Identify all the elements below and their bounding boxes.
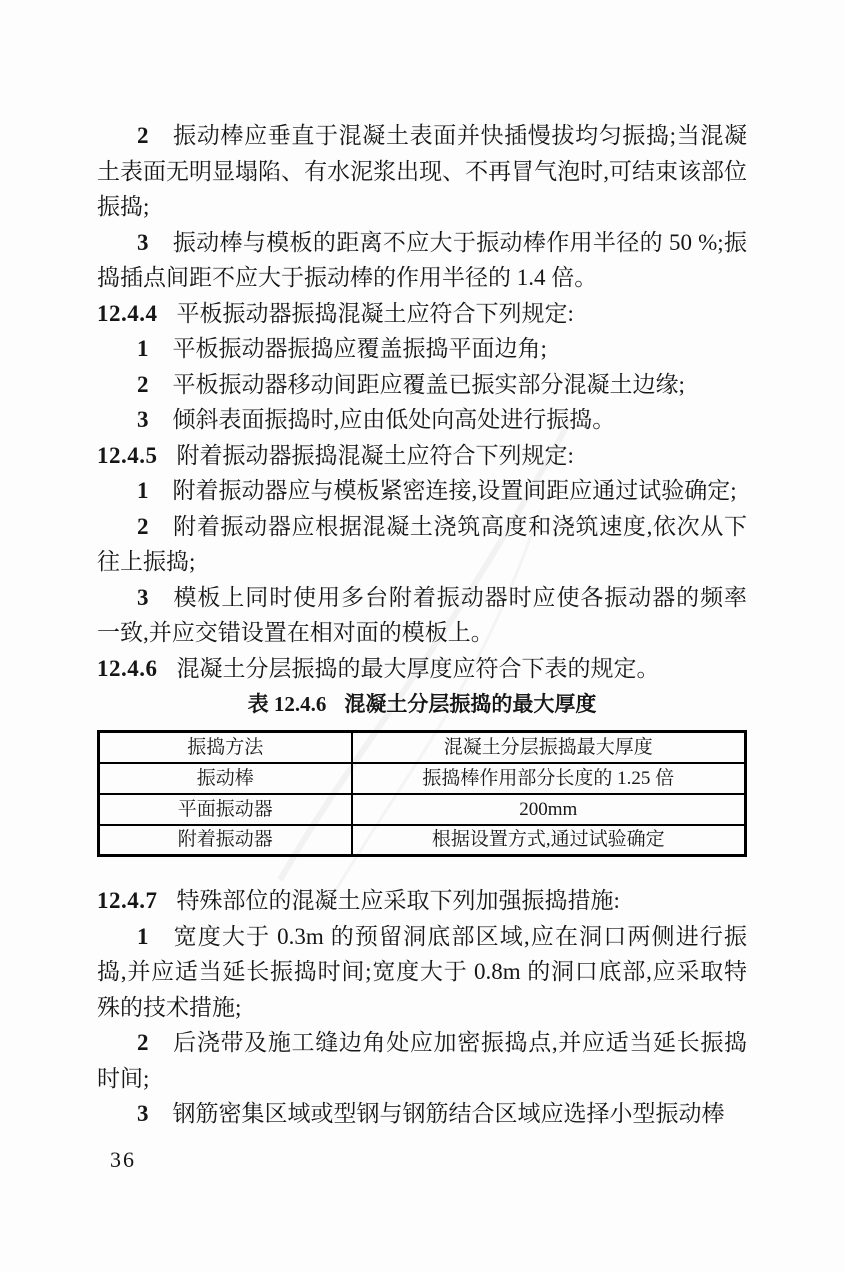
clause-12-4-7: 12.4.7特殊部位的混凝土应采取下列加强振捣措施:	[97, 883, 747, 919]
item-text: 平板振动器移动间距应覆盖已振实部分混凝土边缘;	[173, 372, 685, 397]
item-number: 1	[137, 336, 149, 361]
table-row: 振动棒 振捣棒作用部分长度的 1.25 倍	[99, 763, 746, 794]
page-number: 36	[110, 1147, 136, 1173]
table-12-4-6: 振捣方法 混凝土分层振捣最大厚度 振动棒 振捣棒作用部分长度的 1.25 倍 平…	[97, 730, 747, 857]
table-cell-value: 200mm	[352, 794, 746, 825]
table-row: 平面振动器 200mm	[99, 794, 746, 825]
item-paragraph: 3振动棒与模板的距离不应大于振动棒作用半径的 50 %;振捣插点间距不应大于振动…	[97, 225, 747, 296]
table-cell-method: 平面振动器	[99, 794, 352, 825]
clause-12-4-5: 12.4.5附着振动器振捣混凝土应符合下列规定:	[97, 438, 747, 474]
clause-number: 12.4.5	[97, 443, 158, 468]
item-paragraph: 3倾斜表面振捣时,应由低处向高处进行振捣。	[97, 402, 747, 438]
table-header-row: 振捣方法 混凝土分层振捣最大厚度	[99, 732, 746, 763]
item-paragraph: 1平板振动器振捣应覆盖振捣平面边角;	[97, 331, 747, 367]
item-paragraph: 3模板上同时使用多台附着振动器时应使各振动器的频率一致,并应交错设置在相对面的模…	[97, 580, 747, 651]
clause-text: 混凝土分层振捣的最大厚度应符合下表的规定。	[177, 656, 660, 681]
item-number: 3	[137, 585, 149, 610]
clause-text: 平板振动器振捣混凝土应符合下列规定:	[177, 301, 574, 326]
clause-text: 附着振动器振捣混凝土应符合下列规定:	[177, 443, 574, 468]
table-cell-value: 根据设置方式,通过试验确定	[352, 825, 746, 856]
table-caption-title: 混凝土分层振捣的最大厚度	[344, 692, 596, 716]
clause-number: 12.4.7	[97, 888, 158, 913]
item-paragraph: 2振动棒应垂直于混凝土表面并快插慢拔均匀振捣;当混凝土表面无明显塌陷、有水泥浆出…	[97, 118, 747, 225]
table-cell-value: 振捣棒作用部分长度的 1.25 倍	[352, 763, 746, 794]
item-text: 平板振动器振捣应覆盖振捣平面边角;	[173, 336, 547, 361]
item-paragraph: 2平板振动器移动间距应覆盖已振实部分混凝土边缘;	[97, 367, 747, 403]
document-page: 2振动棒应垂直于混凝土表面并快插慢拔均匀振捣;当混凝土表面无明显塌陷、有水泥浆出…	[0, 0, 845, 1272]
item-text: 倾斜表面振捣时,应由低处向高处进行振捣。	[173, 407, 616, 432]
item-text: 后浇带及施工缝边角处应加密振捣点,并应适当延长振捣时间;	[97, 1030, 747, 1091]
clause-text: 特殊部位的混凝土应采取下列加强振捣措施:	[177, 888, 620, 913]
item-number: 2	[137, 372, 149, 397]
clause-12-4-4: 12.4.4平板振动器振捣混凝土应符合下列规定:	[97, 296, 747, 332]
clause-12-4-6: 12.4.6混凝土分层振捣的最大厚度应符合下表的规定。	[97, 651, 747, 687]
item-number: 1	[137, 478, 149, 503]
clause-number: 12.4.6	[97, 656, 158, 681]
clause-number: 12.4.4	[97, 301, 158, 326]
item-text: 振动棒与模板的距离不应大于振动棒作用半径的 50 %;振捣插点间距不应大于振动棒…	[97, 230, 747, 291]
table-header-method: 振捣方法	[99, 732, 352, 763]
item-number: 2	[137, 123, 149, 148]
item-text: 附着振动器应根据混凝土浇筑高度和浇筑速度,依次从下往上振捣;	[97, 514, 747, 575]
item-paragraph: 1宽度大于 0.3m 的预留洞底部区域,应在洞口两侧进行振捣,并应适当延长振捣时…	[97, 919, 747, 1026]
item-text: 宽度大于 0.3m 的预留洞底部区域,应在洞口两侧进行振捣,并应适当延长振捣时间…	[97, 924, 747, 1020]
item-paragraph: 1附着振动器应与模板紧密连接,设置间距应通过试验确定;	[97, 473, 747, 509]
item-number: 3	[137, 1101, 149, 1126]
table-row: 附着振动器 根据设置方式,通过试验确定	[99, 825, 746, 856]
item-number: 2	[137, 1030, 149, 1055]
item-number: 3	[137, 230, 149, 255]
table-cell-method: 附着振动器	[99, 825, 352, 856]
item-paragraph: 2后浇带及施工缝边角处应加密振捣点,并应适当延长振捣时间;	[97, 1025, 747, 1096]
item-paragraph: 3钢筋密集区域或型钢与钢筋结合区域应选择小型振动棒	[97, 1096, 747, 1132]
item-text: 振动棒应垂直于混凝土表面并快插慢拔均匀振捣;当混凝土表面无明显塌陷、有水泥浆出现…	[97, 123, 747, 219]
page-content: 2振动棒应垂直于混凝土表面并快插慢拔均匀振捣;当混凝土表面无明显塌陷、有水泥浆出…	[97, 118, 747, 1132]
item-paragraph: 2附着振动器应根据混凝土浇筑高度和浇筑速度,依次从下往上振捣;	[97, 509, 747, 580]
item-number: 1	[137, 924, 149, 949]
table-cell-method: 振动棒	[99, 763, 352, 794]
table-caption-label: 表 12.4.6	[248, 692, 327, 716]
item-text: 钢筋密集区域或型钢与钢筋结合区域应选择小型振动棒	[173, 1101, 725, 1126]
table-caption: 表 12.4.6混凝土分层振捣的最大厚度	[97, 689, 747, 719]
table-header-max-thickness: 混凝土分层振捣最大厚度	[352, 732, 746, 763]
item-text: 模板上同时使用多台附着振动器时应使各振动器的频率一致,并应交错设置在相对面的模板…	[97, 585, 747, 646]
item-number: 3	[137, 407, 149, 432]
item-text: 附着振动器应与模板紧密连接,设置间距应通过试验确定;	[173, 478, 737, 503]
item-number: 2	[137, 514, 149, 539]
